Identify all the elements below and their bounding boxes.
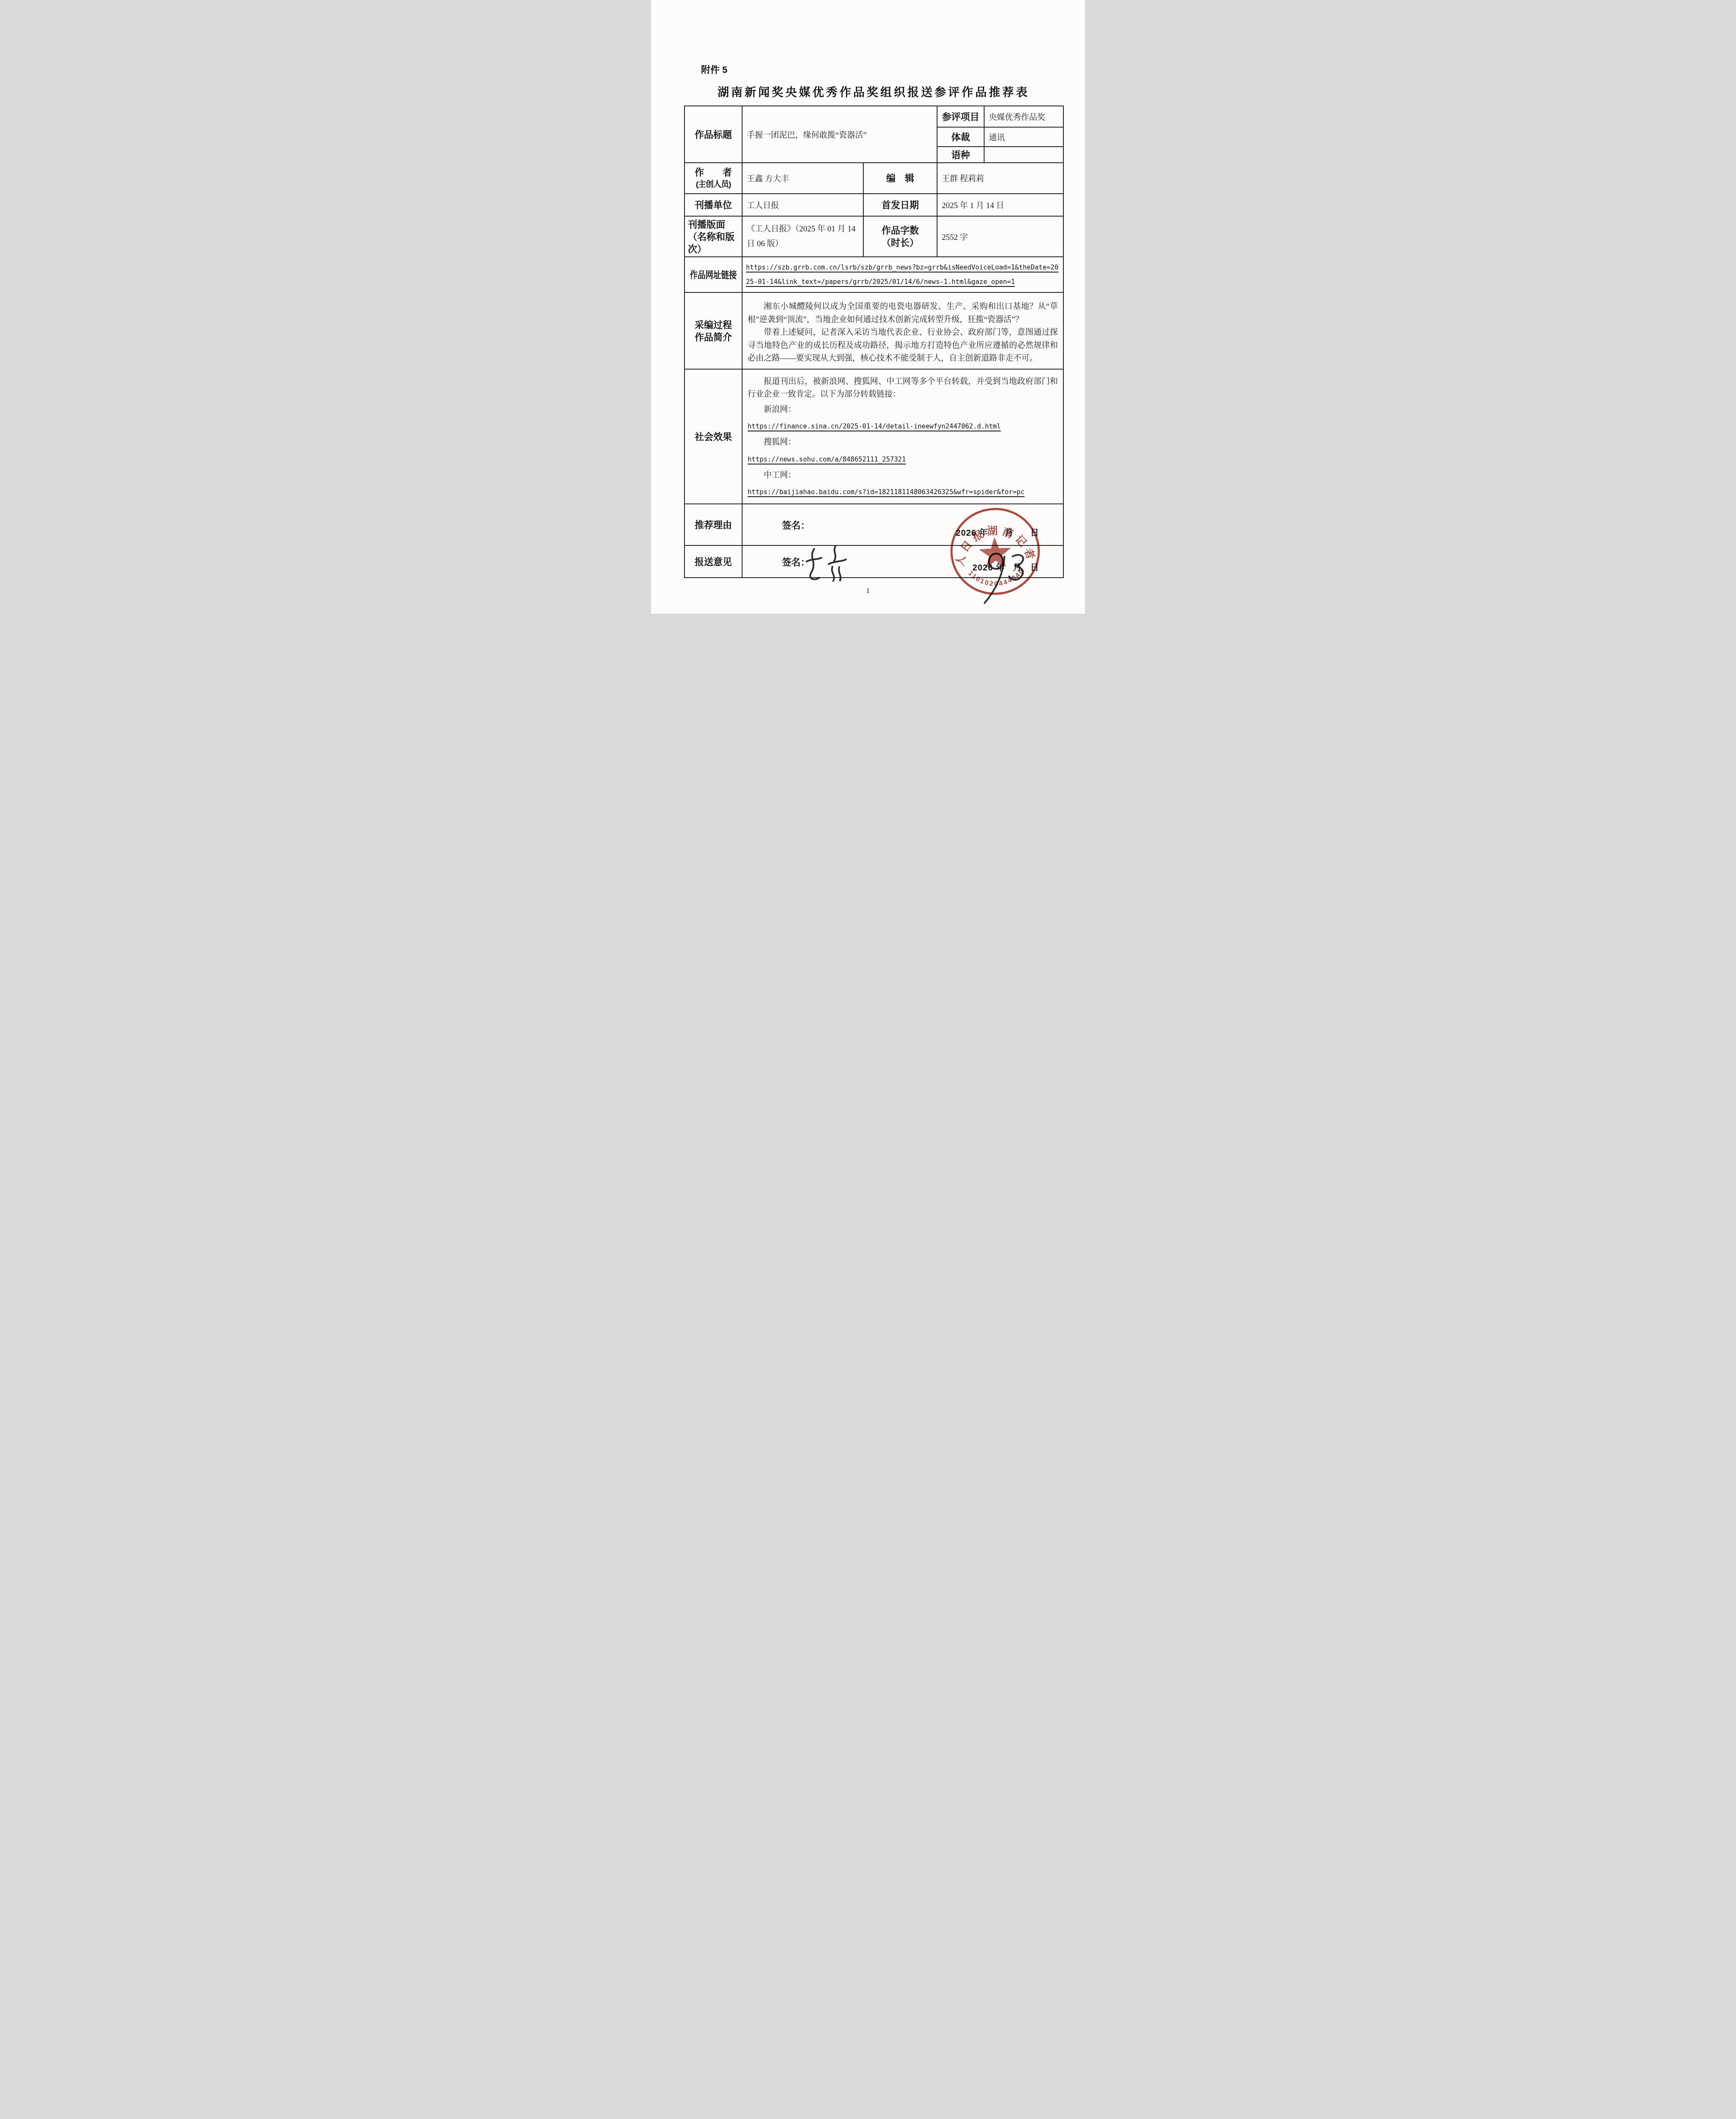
- signature-stroke: [829, 559, 846, 564]
- attachment-label: 附件 5: [701, 63, 727, 76]
- word-count-label-line1: 作品字数: [864, 224, 936, 236]
- language-label: 语种: [937, 147, 984, 163]
- word-count-label-line2: （时长）: [864, 236, 936, 249]
- recommend-sign-label: 签名：: [743, 520, 810, 531]
- page-number: 1: [651, 587, 1085, 595]
- language-value: [984, 147, 1063, 163]
- publisher-label: 刊播单位: [684, 194, 742, 216]
- author-value: 王鑫 方大丰: [742, 163, 863, 194]
- page-title: 湖南新闻奖央媒优秀作品奖组织报送参评作品推荐表: [684, 83, 1063, 100]
- first-date-label: 首发日期: [863, 194, 937, 216]
- signature-stroke: [832, 567, 834, 581]
- baijiahao-url: https://baijiahao.baidu.com/s?id=1821181…: [748, 488, 1024, 496]
- synopsis-label-line1: 采编过程: [685, 319, 741, 331]
- official-seal-stamp: 工人日报湖南记者站 1101020444340: [947, 504, 1044, 598]
- first-date-value: 2025 年 1 月 14 日: [937, 194, 1063, 216]
- work-title-label: 作品标题: [684, 106, 742, 163]
- author-label-line2: (主创人员): [685, 178, 741, 191]
- genre-label: 体裁: [937, 127, 984, 147]
- entry-category-value: 央媒优秀作品奖: [984, 106, 1063, 127]
- social-effect-paragraph: 报道刊出后，被新浪网、搜狐网、中工网等多个平台转载，并受到当地政府部门和行业企业…: [748, 375, 1058, 401]
- work-title-value: 手握一团泥巴，缘何敢揽“瓷器活”: [742, 106, 937, 163]
- synopsis-paragraph-1: 湘东小城醴陵何以成为全国重要的电瓷电器研发、生产、采购和出口基地？从“草根”逆袭…: [748, 300, 1058, 326]
- work-url-cell: https://szb.grrb.com.cn/lsrb/szb/grrb_ne…: [742, 257, 1063, 292]
- synopsis-label: 采编过程 作品简介: [684, 292, 742, 369]
- sina-url: https://finance.sina.cn/2025-01-14/detai…: [748, 423, 1001, 430]
- work-url-label-text: 作品网址链接: [690, 269, 737, 281]
- work-url-value: https://szb.grrb.com.cn/lsrb/szb/grrb_ne…: [746, 264, 1058, 286]
- sohu-url: https://news.sohu.com/a/848652111_257321: [748, 456, 906, 463]
- signature-stroke: [834, 546, 835, 561]
- edition-label-line3: 次）: [688, 243, 741, 255]
- author-label: 作 者 (主创人员): [684, 163, 742, 194]
- social-effect-label: 社会效果: [684, 369, 742, 504]
- author-label-line1: 作 者: [685, 166, 741, 178]
- social-effect-cell: 报道刊出后，被新浪网、搜狐网、中工网等多个平台转载，并受到当地政府部门和行业企业…: [742, 369, 1063, 504]
- signature-stroke: [810, 549, 819, 579]
- signature-stroke: [807, 558, 821, 562]
- editor-label: 编 辑: [863, 163, 937, 194]
- edition-label: 刊播版面 （名称和版 次）: [684, 216, 742, 257]
- word-count-label: 作品字数 （时长）: [863, 216, 937, 257]
- submission-opinion-label: 报送意见: [684, 545, 742, 578]
- seal-number: 1101020444340: [966, 567, 1027, 590]
- scanned-form-page: 附件 5 湖南新闻奖央媒优秀作品奖组织报送参评作品推荐表 作品标题 手握一团泥巴…: [651, 0, 1085, 614]
- synopsis-label-line2: 作品简介: [685, 331, 741, 343]
- sohu-label: 搜狐网：: [748, 436, 1058, 449]
- synopsis-text-cell: 湘东小城醴陵何以成为全国重要的电瓷电器研发、生产、采购和出口基地？从“草根”逆袭…: [742, 292, 1063, 369]
- signature-stroke: [839, 567, 840, 581]
- star-icon: [978, 536, 1012, 568]
- recommend-reason-label: 推荐理由: [684, 504, 742, 545]
- genre-value: 通讯: [984, 127, 1063, 147]
- word-count-value: 2552 字: [937, 216, 1063, 257]
- zhonggong-label: 中工网：: [748, 469, 1058, 482]
- entry-category-label: 参评项目: [937, 106, 984, 127]
- publisher-value: 工人日报: [742, 194, 863, 216]
- edition-label-line1: 刊播版面: [688, 218, 741, 231]
- editor-value: 王群 程莉莉: [937, 163, 1063, 194]
- edition-label-line2: （名称和版: [688, 231, 741, 243]
- sina-label: 新浪网：: [748, 403, 1058, 417]
- edition-value: 《工人日报》（2025 年 01 月 14 日 06 版）: [742, 216, 863, 257]
- synopsis-paragraph-2: 带着上述疑问，记者深入采访当地代表企业、行业协会、政府部门等，意图通过探寻当地特…: [748, 326, 1058, 365]
- work-url-label: 作品网址链接: [684, 257, 742, 292]
